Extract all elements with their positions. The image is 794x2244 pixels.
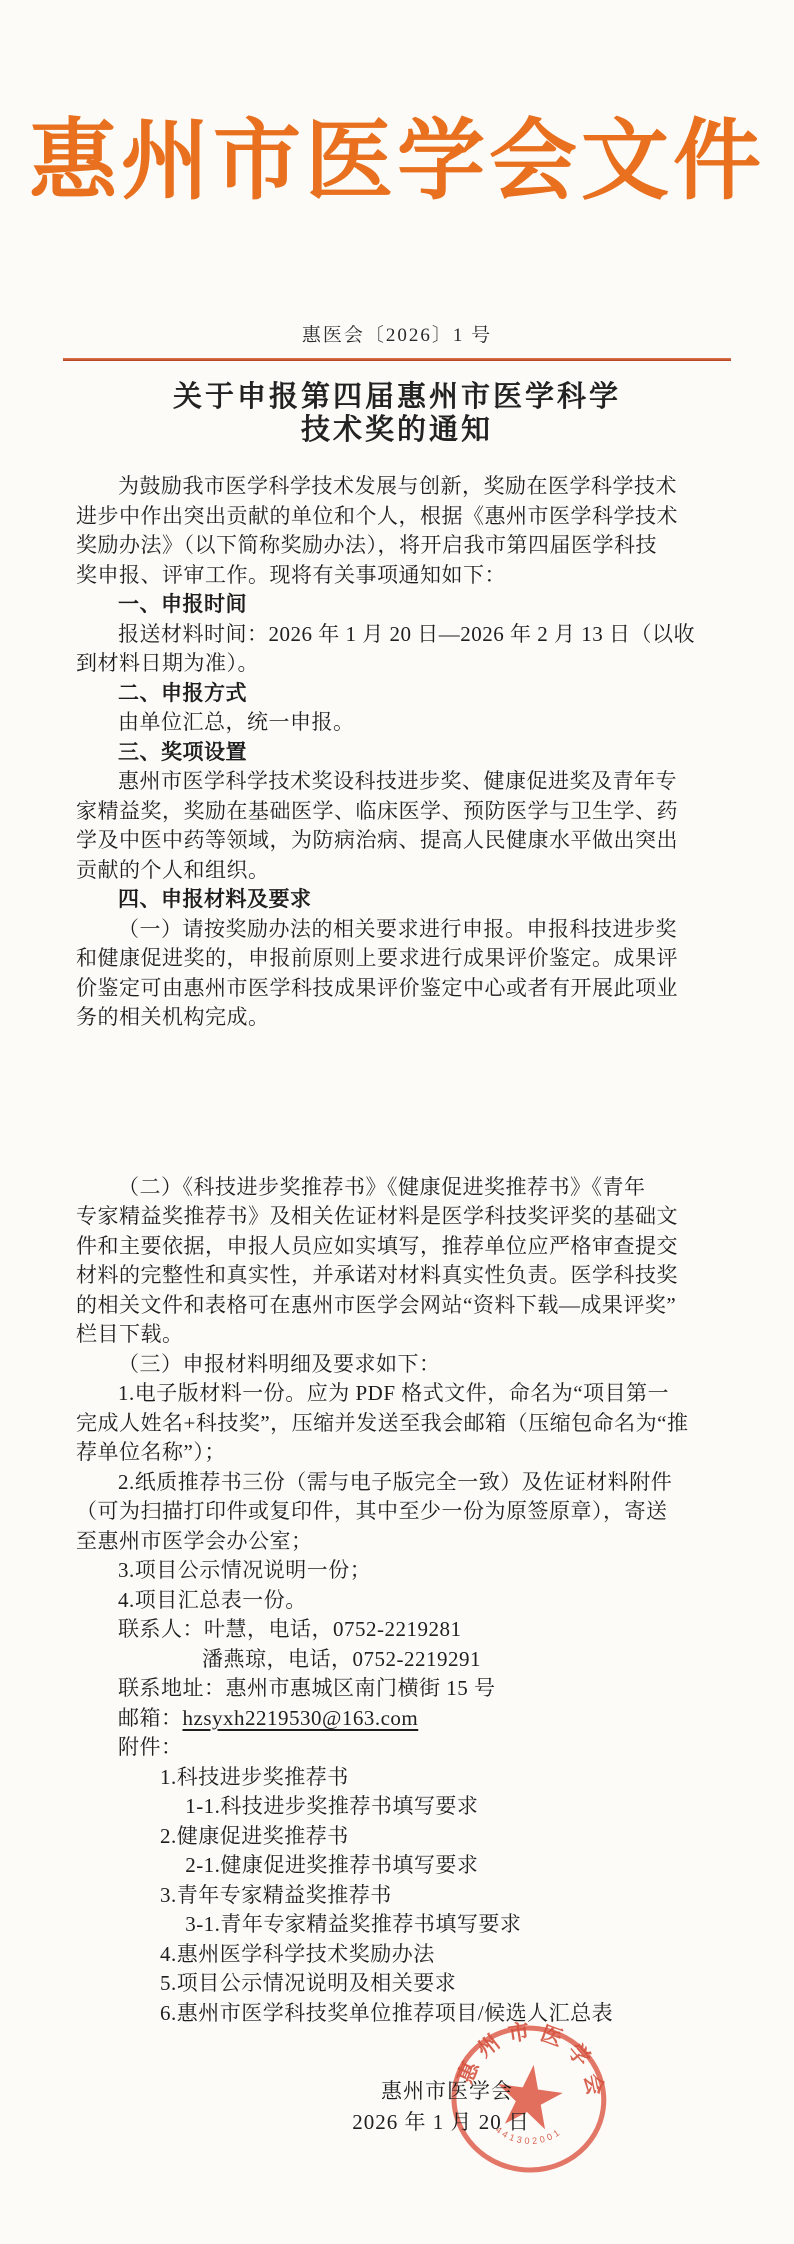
attachment-item: 3-1.青年专家精益奖推荐书填写要求 bbox=[76, 1910, 730, 1940]
material-item: 3.项目公示情况说明一份； bbox=[76, 1556, 730, 1586]
document-body: 为鼓励我市医学科学技术发展与创新，奖励在医学科学技术 进步中作出突出贡献的单位和… bbox=[76, 472, 730, 2138]
doc-number: 惠医会〔2026〕1 号 bbox=[0, 320, 794, 347]
signature-date: 2026 年 1 月 20 日 bbox=[76, 2107, 730, 2138]
document-page: 惠州市医学会文件 惠医会〔2026〕1 号 关于申报第四届惠州市医学科学 技术奖… bbox=[0, 0, 794, 2244]
contact-address: 联系地址：惠州市惠城区南门横街 15 号 bbox=[76, 1674, 730, 1704]
material-item: 4.项目汇总表一份。 bbox=[76, 1586, 730, 1616]
section-4-item-3-heading: （三）申报材料明细及要求如下： bbox=[76, 1350, 730, 1380]
attachment-item: 1.科技进步奖推荐书 bbox=[76, 1763, 730, 1793]
attachment-item: 2.健康促进奖推荐书 bbox=[76, 1822, 730, 1852]
page-break-gap bbox=[76, 1033, 730, 1173]
attachment-item: 6.惠州市医学科技奖单位推荐项目/候选人汇总表 bbox=[76, 1999, 730, 2029]
section-4-item-1: （一）请按奖励办法的相关要求进行申报。申报科技进步奖 和健康促进奖的，申报前原则… bbox=[76, 915, 730, 1033]
attachments-label: 附件： bbox=[76, 1733, 730, 1763]
section-2-text: 由单位汇总，统一申报。 bbox=[76, 708, 730, 738]
section-1-text: 报送材料时间：2026 年 1 月 20 日—2026 年 2 月 13 日（以… bbox=[76, 620, 730, 679]
section-3-heading: 三、奖项设置 bbox=[76, 738, 730, 768]
attachment-item: 3.青年专家精益奖推荐书 bbox=[76, 1881, 730, 1911]
email-label: 邮箱： bbox=[118, 1706, 183, 1730]
contact-person-2: 潘燕琼，电话，0752-2219291 bbox=[76, 1645, 730, 1675]
attachment-item: 4.惠州医学科学技术奖励办法 bbox=[76, 1940, 730, 1970]
section-3-text: 惠州市医学科学技术奖设科技进步奖、健康促进奖及青年专 家精益奖，奖励在基础医学、… bbox=[76, 767, 730, 885]
attachment-item: 2-1.健康促进奖推荐书填写要求 bbox=[76, 1851, 730, 1881]
signature-block: 惠州市医学会 2026 年 1 月 20 日 bbox=[76, 2076, 730, 2138]
attachment-item: 5.项目公示情况说明及相关要求 bbox=[76, 1969, 730, 1999]
contact-email-line: 邮箱：hzsyxh2219530@163.com bbox=[76, 1704, 730, 1734]
material-item: 2.纸质推荐书三份（需与电子版完全一致）及佐证材料附件 （可为扫描打印件或复印件… bbox=[76, 1468, 730, 1557]
intro-paragraph: 为鼓励我市医学科学技术发展与创新，奖励在医学科学技术 进步中作出突出贡献的单位和… bbox=[76, 472, 730, 590]
email-address: hzsyxh2219530@163.com bbox=[183, 1706, 419, 1730]
header-divider-line bbox=[63, 358, 731, 361]
section-4-item-2: （二）《科技进步奖推荐书》《健康促进奖推荐书》《青年 专家精益奖推荐书》及相关佐… bbox=[76, 1173, 730, 1350]
material-item: 1.电子版材料一份。应为 PDF 格式文件，命名为“项目第一 完成人姓名+科技奖… bbox=[76, 1379, 730, 1468]
contact-person-1: 联系人：叶慧，电话，0752-2219281 bbox=[76, 1615, 730, 1645]
section-2-heading: 二、申报方式 bbox=[76, 679, 730, 709]
notice-title: 关于申报第四届惠州市医学科学 技术奖的通知 bbox=[0, 381, 794, 447]
attachment-item: 1-1.科技进步奖推荐书填写要求 bbox=[76, 1792, 730, 1822]
section-4-heading: 四、申报材料及要求 bbox=[76, 885, 730, 915]
signature-org: 惠州市医学会 bbox=[76, 2076, 730, 2107]
red-header-title: 惠州市医学会文件 bbox=[0, 0, 794, 214]
section-1-heading: 一、申报时间 bbox=[76, 590, 730, 620]
